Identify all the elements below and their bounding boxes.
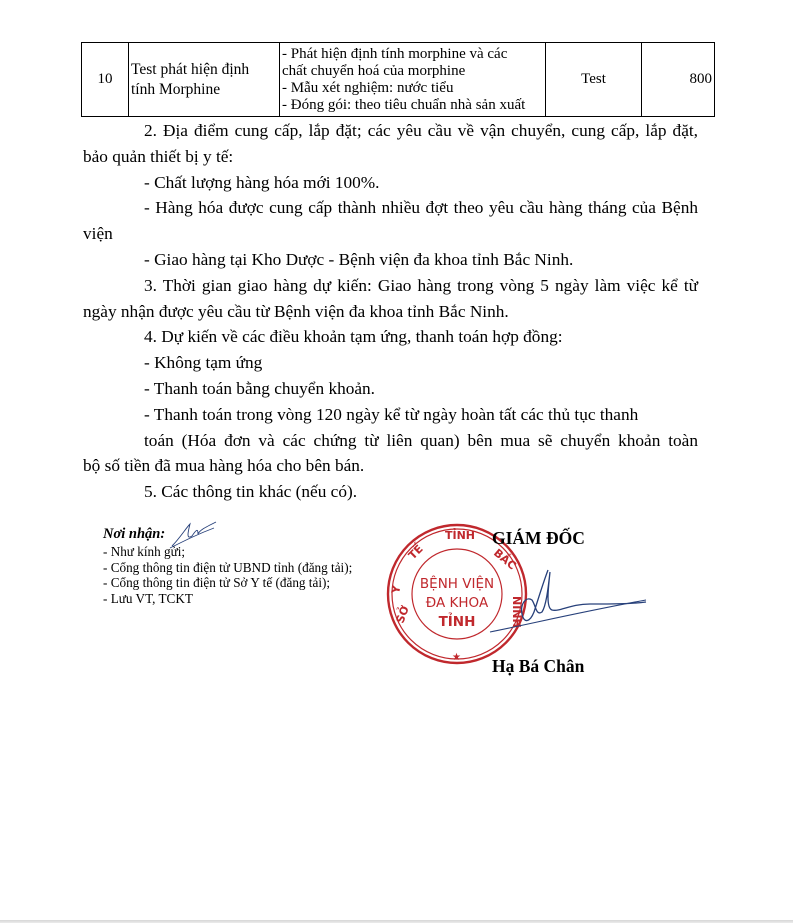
spec-line: - Mẫu xét nghiệm: nước tiểu <box>282 80 543 97</box>
section-4-item-3-line-1: - Thanh toán trong vòng 120 ngày kể từ n… <box>83 402 698 428</box>
recipient-item: - Cổng thông tin điện tử Sở Y tế (đăng t… <box>103 575 368 591</box>
items-table: 10 Test phát hiện định tính Morphine - P… <box>81 42 715 117</box>
cell-quantity: 800 <box>642 43 715 117</box>
table-row: 10 Test phát hiện định tính Morphine - P… <box>82 43 715 117</box>
svg-text:SỞ: SỞ <box>393 603 412 625</box>
spec-line: - Phát hiện định tính morphine và các <box>282 46 543 63</box>
recipients-block: Nơi nhận: - Như kính gửi; - Cổng thông t… <box>103 525 368 606</box>
section-2-item-1: - Chất lượng hàng hóa mới 100%. <box>83 170 698 196</box>
recipient-item: - Như kính gửi; <box>103 544 368 560</box>
director-signature-icon <box>480 560 650 650</box>
svg-text:Y: Y <box>389 583 404 595</box>
cell-unit: Test <box>546 43 642 117</box>
spec-line: chất chuyển hoá của morphine <box>282 63 543 80</box>
svg-text:★: ★ <box>452 652 461 663</box>
cell-no: 10 <box>82 43 129 117</box>
director-title: GIÁM ĐỐC <box>492 528 585 549</box>
cell-name: Test phát hiện định tính Morphine <box>129 43 280 117</box>
recipients-title: Nơi nhận: <box>103 526 165 542</box>
svg-text:TỈNH: TỈNH <box>445 528 475 542</box>
initial-signature-icon <box>168 520 218 550</box>
section-4-item-1: - Không tạm ứng <box>83 350 698 376</box>
svg-text:TỈNH: TỈNH <box>439 611 476 630</box>
spec-line: - Đóng gói: theo tiêu chuẩn nhà sản xuất <box>282 97 543 114</box>
section-4-heading: 4. Dự kiến về các điều khoản tạm ứng, th… <box>83 324 698 350</box>
recipient-item: - Lưu VT, TCKT <box>103 591 368 607</box>
section-5-heading: 5. Các thông tin khác (nếu có). <box>83 479 698 505</box>
section-3-heading: 3. Thời gian giao hàng dự kiến: Giao hàn… <box>83 273 698 325</box>
section-4-item-3-line-3: bộ số tiền đã mua hàng hóa cho bên bán. <box>83 453 698 479</box>
section-4-item-3-line-2: toán (Hóa đơn và các chứng từ liên quan)… <box>83 428 698 454</box>
body-text: 2. Địa điểm cung cấp, lắp đặt; các yêu c… <box>83 118 698 505</box>
section-4-item-2: - Thanh toán bằng chuyển khoản. <box>83 376 698 402</box>
section-2-item-2: - Hàng hóa được cung cấp thành nhiều đợt… <box>83 195 698 247</box>
section-2-item-3: - Giao hàng tại Kho Dược - Bệnh viện đa … <box>83 247 698 273</box>
recipient-item: - Cổng thông tin điện tử UBND tỉnh (đăng… <box>103 560 368 576</box>
svg-text:TẾ: TẾ <box>405 541 427 563</box>
section-2-heading: 2. Địa điểm cung cấp, lắp đặt; các yêu c… <box>83 118 698 170</box>
cell-spec: - Phát hiện định tính morphine và các ch… <box>280 43 546 117</box>
document-page: 10 Test phát hiện định tính Morphine - P… <box>0 0 793 920</box>
director-name: Hạ Bá Chân <box>492 656 584 677</box>
